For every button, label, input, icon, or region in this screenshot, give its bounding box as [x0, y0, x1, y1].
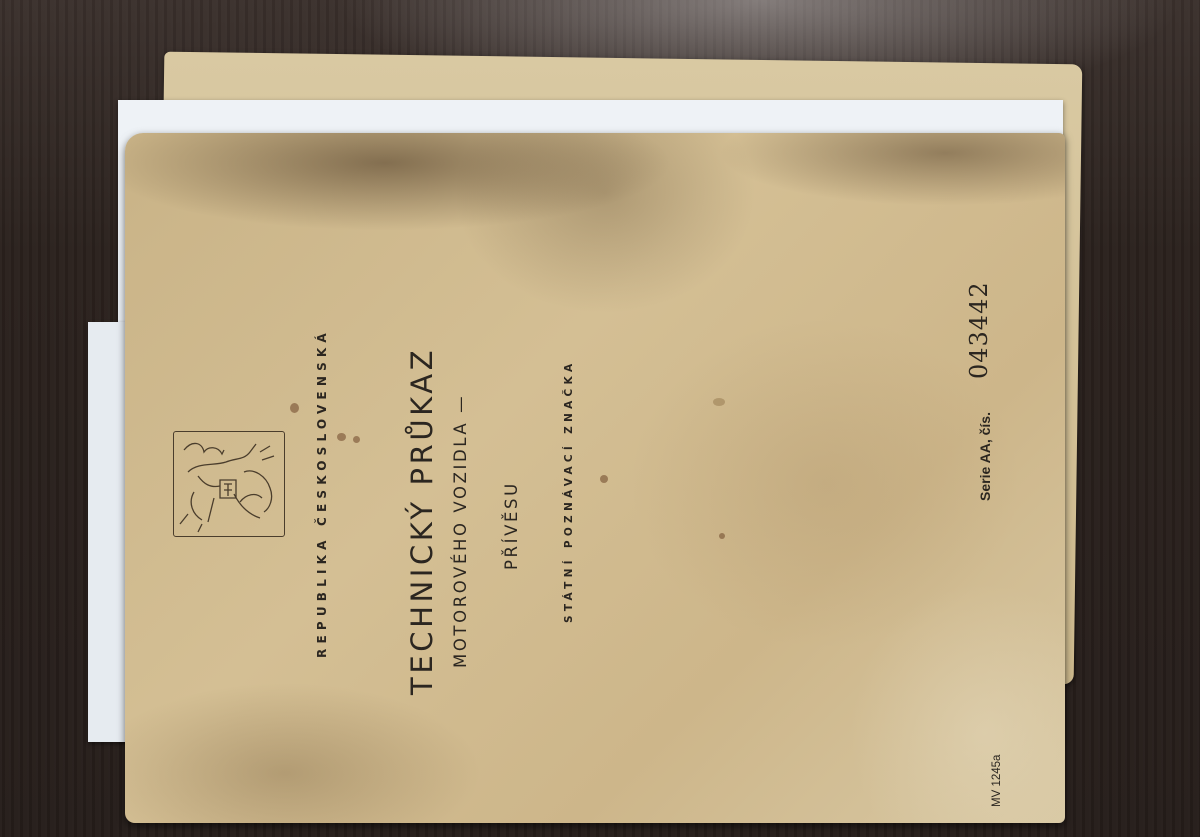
stain — [713, 398, 725, 406]
issuer-text: REPUBLIKA ČESKOSLOVENSKÁ — [315, 328, 329, 658]
stain — [600, 475, 608, 483]
lion-icon — [174, 432, 284, 536]
form-code: MV 1245a — [991, 755, 1003, 807]
stain — [353, 436, 360, 443]
subtitle-line-2: PŘÍVĚSU — [502, 481, 521, 570]
document-title: TECHNICKÝ PRŮKAZ — [405, 347, 439, 695]
license-plate-label: STÁTNÍ POZNÁVACÍ ZNAČKA — [563, 360, 575, 623]
coat-of-arms-icon — [173, 431, 285, 537]
serial-number: 043442 — [965, 281, 993, 379]
subtitle-line-1: MOTOROVÉHO VOZIDLA — — [451, 394, 470, 668]
document-cover: REPUBLIKA ČESKOSLOVENSKÁ TECHNICKÝ PRŮKA… — [125, 133, 1065, 823]
series-label: Serie AA, čís. — [977, 412, 993, 501]
stain — [719, 533, 725, 539]
stain — [290, 403, 299, 413]
stain — [337, 433, 346, 441]
